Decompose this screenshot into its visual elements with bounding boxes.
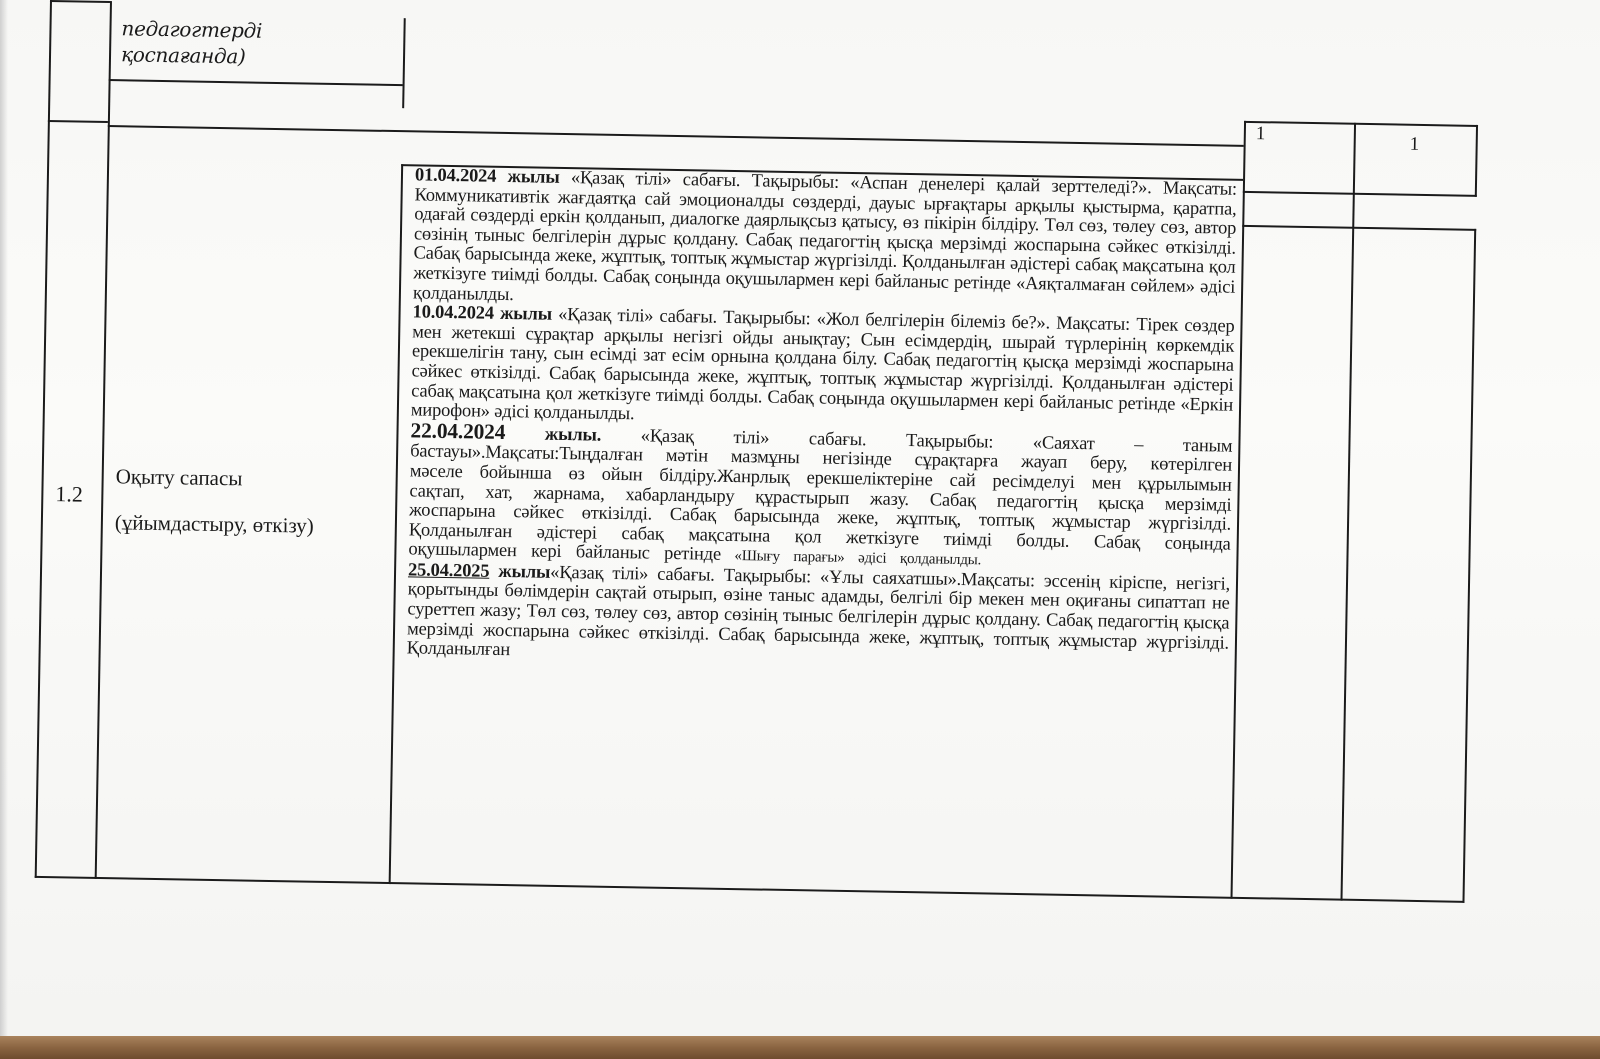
lesson-description: «Қазақ тілі» сабағы. Тақырыбы: «Саяхат –… xyxy=(408,425,1232,565)
column-divider-number xyxy=(95,1,112,879)
column-divider-criterion xyxy=(389,164,404,884)
row-number: 1.2 xyxy=(55,482,83,506)
evaluation-table: педагогтерді қоспағанда) 1 1 1.2 Оқыту с… xyxy=(0,0,1600,1059)
lesson-entry: 10.04.2024 жылы «Қазақ тілі» сабағы. Тақ… xyxy=(411,304,1235,436)
criterion-text: Оқыту сапасы (ұйымдастыру, өткізу) xyxy=(114,453,315,548)
score-row-top xyxy=(1244,121,1478,127)
lesson-date-suffix: жылы xyxy=(489,562,550,583)
wooden-table-edge xyxy=(0,1036,1600,1059)
column-divider-criterion-prev xyxy=(402,18,406,108)
table-border-top xyxy=(50,0,110,3)
table-border-right-prev xyxy=(1475,125,1478,197)
document-page: педагогтерді қоспағанда) 1 1 1.2 Оқыту с… xyxy=(0,0,1600,1040)
row-divider-main xyxy=(108,125,1244,147)
score-row-bottom xyxy=(1243,191,1477,197)
criterion-line2: (ұйымдастыру, өткізу) xyxy=(114,499,314,548)
table-border-bottom xyxy=(35,876,1465,903)
column-divider-score2 xyxy=(1340,123,1356,901)
prev-score-2: 1 xyxy=(1409,134,1419,156)
lesson-date: 25.04.2025 xyxy=(408,560,490,581)
prev-score-1: 1 xyxy=(1256,123,1266,145)
criterion-line1: Оқыту сапасы xyxy=(115,453,315,502)
prev-criterion-line1: педагогтерді xyxy=(121,15,262,43)
lesson-entry: 25.04.2025 жылы«Қазақ тілі» сабағы. Тақы… xyxy=(407,561,1231,673)
row-divider-number xyxy=(48,120,108,123)
lesson-date: 22.04.2024 xyxy=(410,418,505,444)
prev-criterion-text: педагогтерді қоспағанда) xyxy=(121,15,263,69)
table-border-left xyxy=(35,0,52,878)
score-cell-top xyxy=(1242,225,1476,231)
row-divider-criterion xyxy=(109,79,403,86)
table-border-right xyxy=(1462,229,1476,903)
lesson-date-suffix: жылы. xyxy=(505,424,601,446)
prev-criterion-line2: қоспағанда) xyxy=(121,41,262,69)
lesson-entry: 22.04.2024 жылы. «Қазақ тілі» сабағы. Та… xyxy=(408,421,1232,575)
lesson-entry: 01.04.2024 жылы «Қазақ тілі» сабағы. Тақ… xyxy=(413,166,1237,317)
lesson-description: «Қазақ тілі» сабағы. Тақырыбы: «Аспан де… xyxy=(413,168,1237,305)
lesson-observations: 01.04.2024 жылы «Қазақ тілі» сабағы. Тақ… xyxy=(407,166,1237,673)
